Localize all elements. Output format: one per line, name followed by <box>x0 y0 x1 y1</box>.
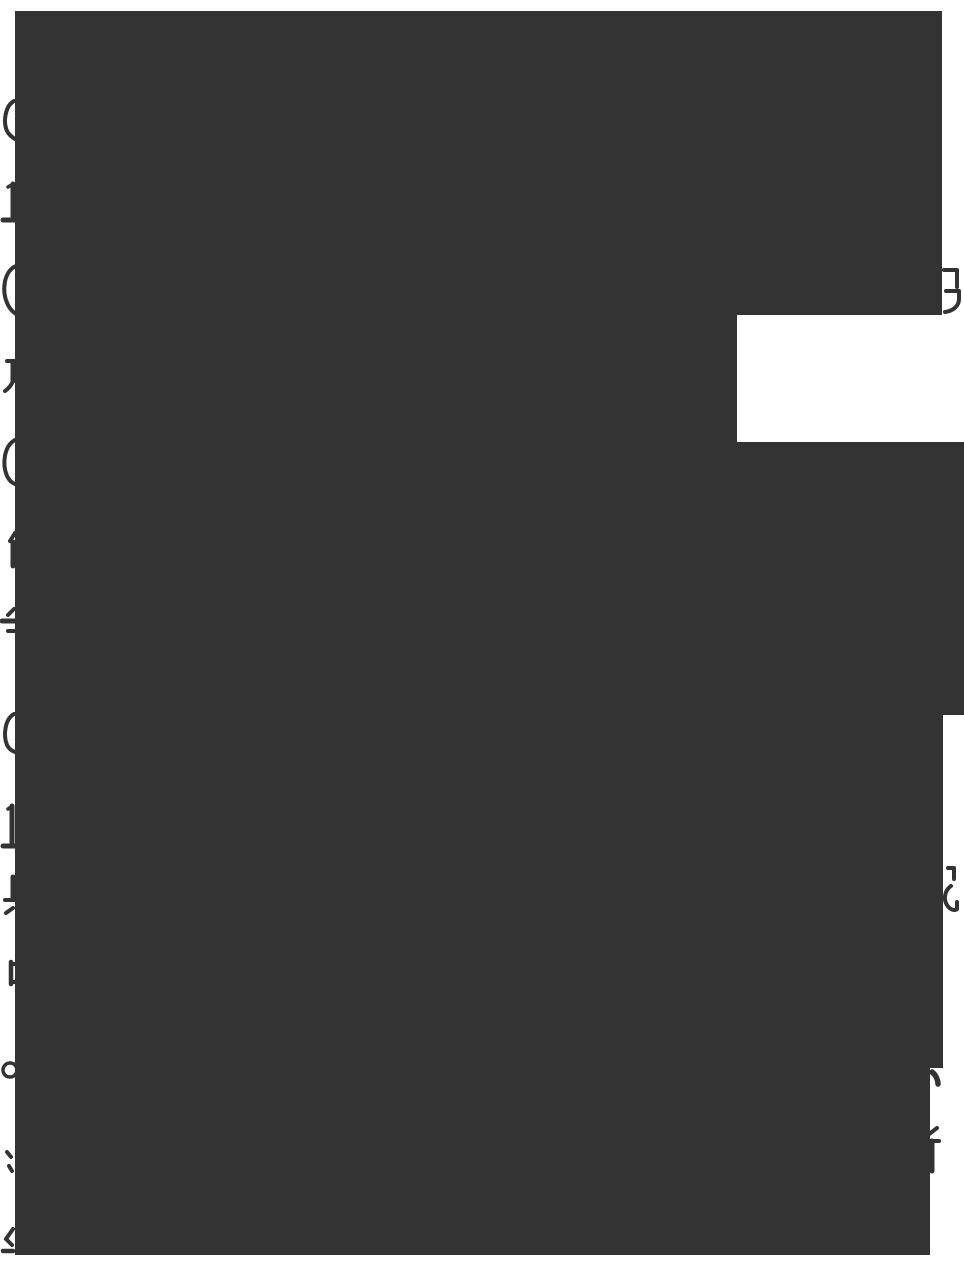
glyph-fragment-left-9 <box>3 806 16 846</box>
glyph-fragment-left-6 <box>10 533 15 566</box>
glyph-fragment-right-1 <box>944 270 959 312</box>
document-page <box>0 0 964 1283</box>
glyph-fragment-left-1 <box>5 101 15 139</box>
glyph-fragment-left-4 <box>5 361 16 391</box>
glyph-fragment-left-11 <box>11 962 16 984</box>
glyph-fragment-left-8 <box>5 714 15 752</box>
text-fragments-layer <box>0 0 964 1283</box>
glyph-fragment-left-3 <box>4 266 16 314</box>
glyph-fragment-left-10 <box>5 877 16 913</box>
glyph-fragment-left-7 <box>2 609 16 631</box>
glyph-fragment-left-12 <box>3 1063 17 1077</box>
glyph-fragment-left-2 <box>3 184 16 220</box>
glyph-fragment-right-2 <box>945 868 957 910</box>
glyph-fragment-left-14 <box>3 1229 13 1251</box>
glyph-fragment-left-13 <box>7 1152 12 1171</box>
glyph-fragment-right-3 <box>932 1072 938 1084</box>
glyph-fragment-left-5 <box>4 440 15 484</box>
glyph-fragment-right-4 <box>928 1128 939 1171</box>
